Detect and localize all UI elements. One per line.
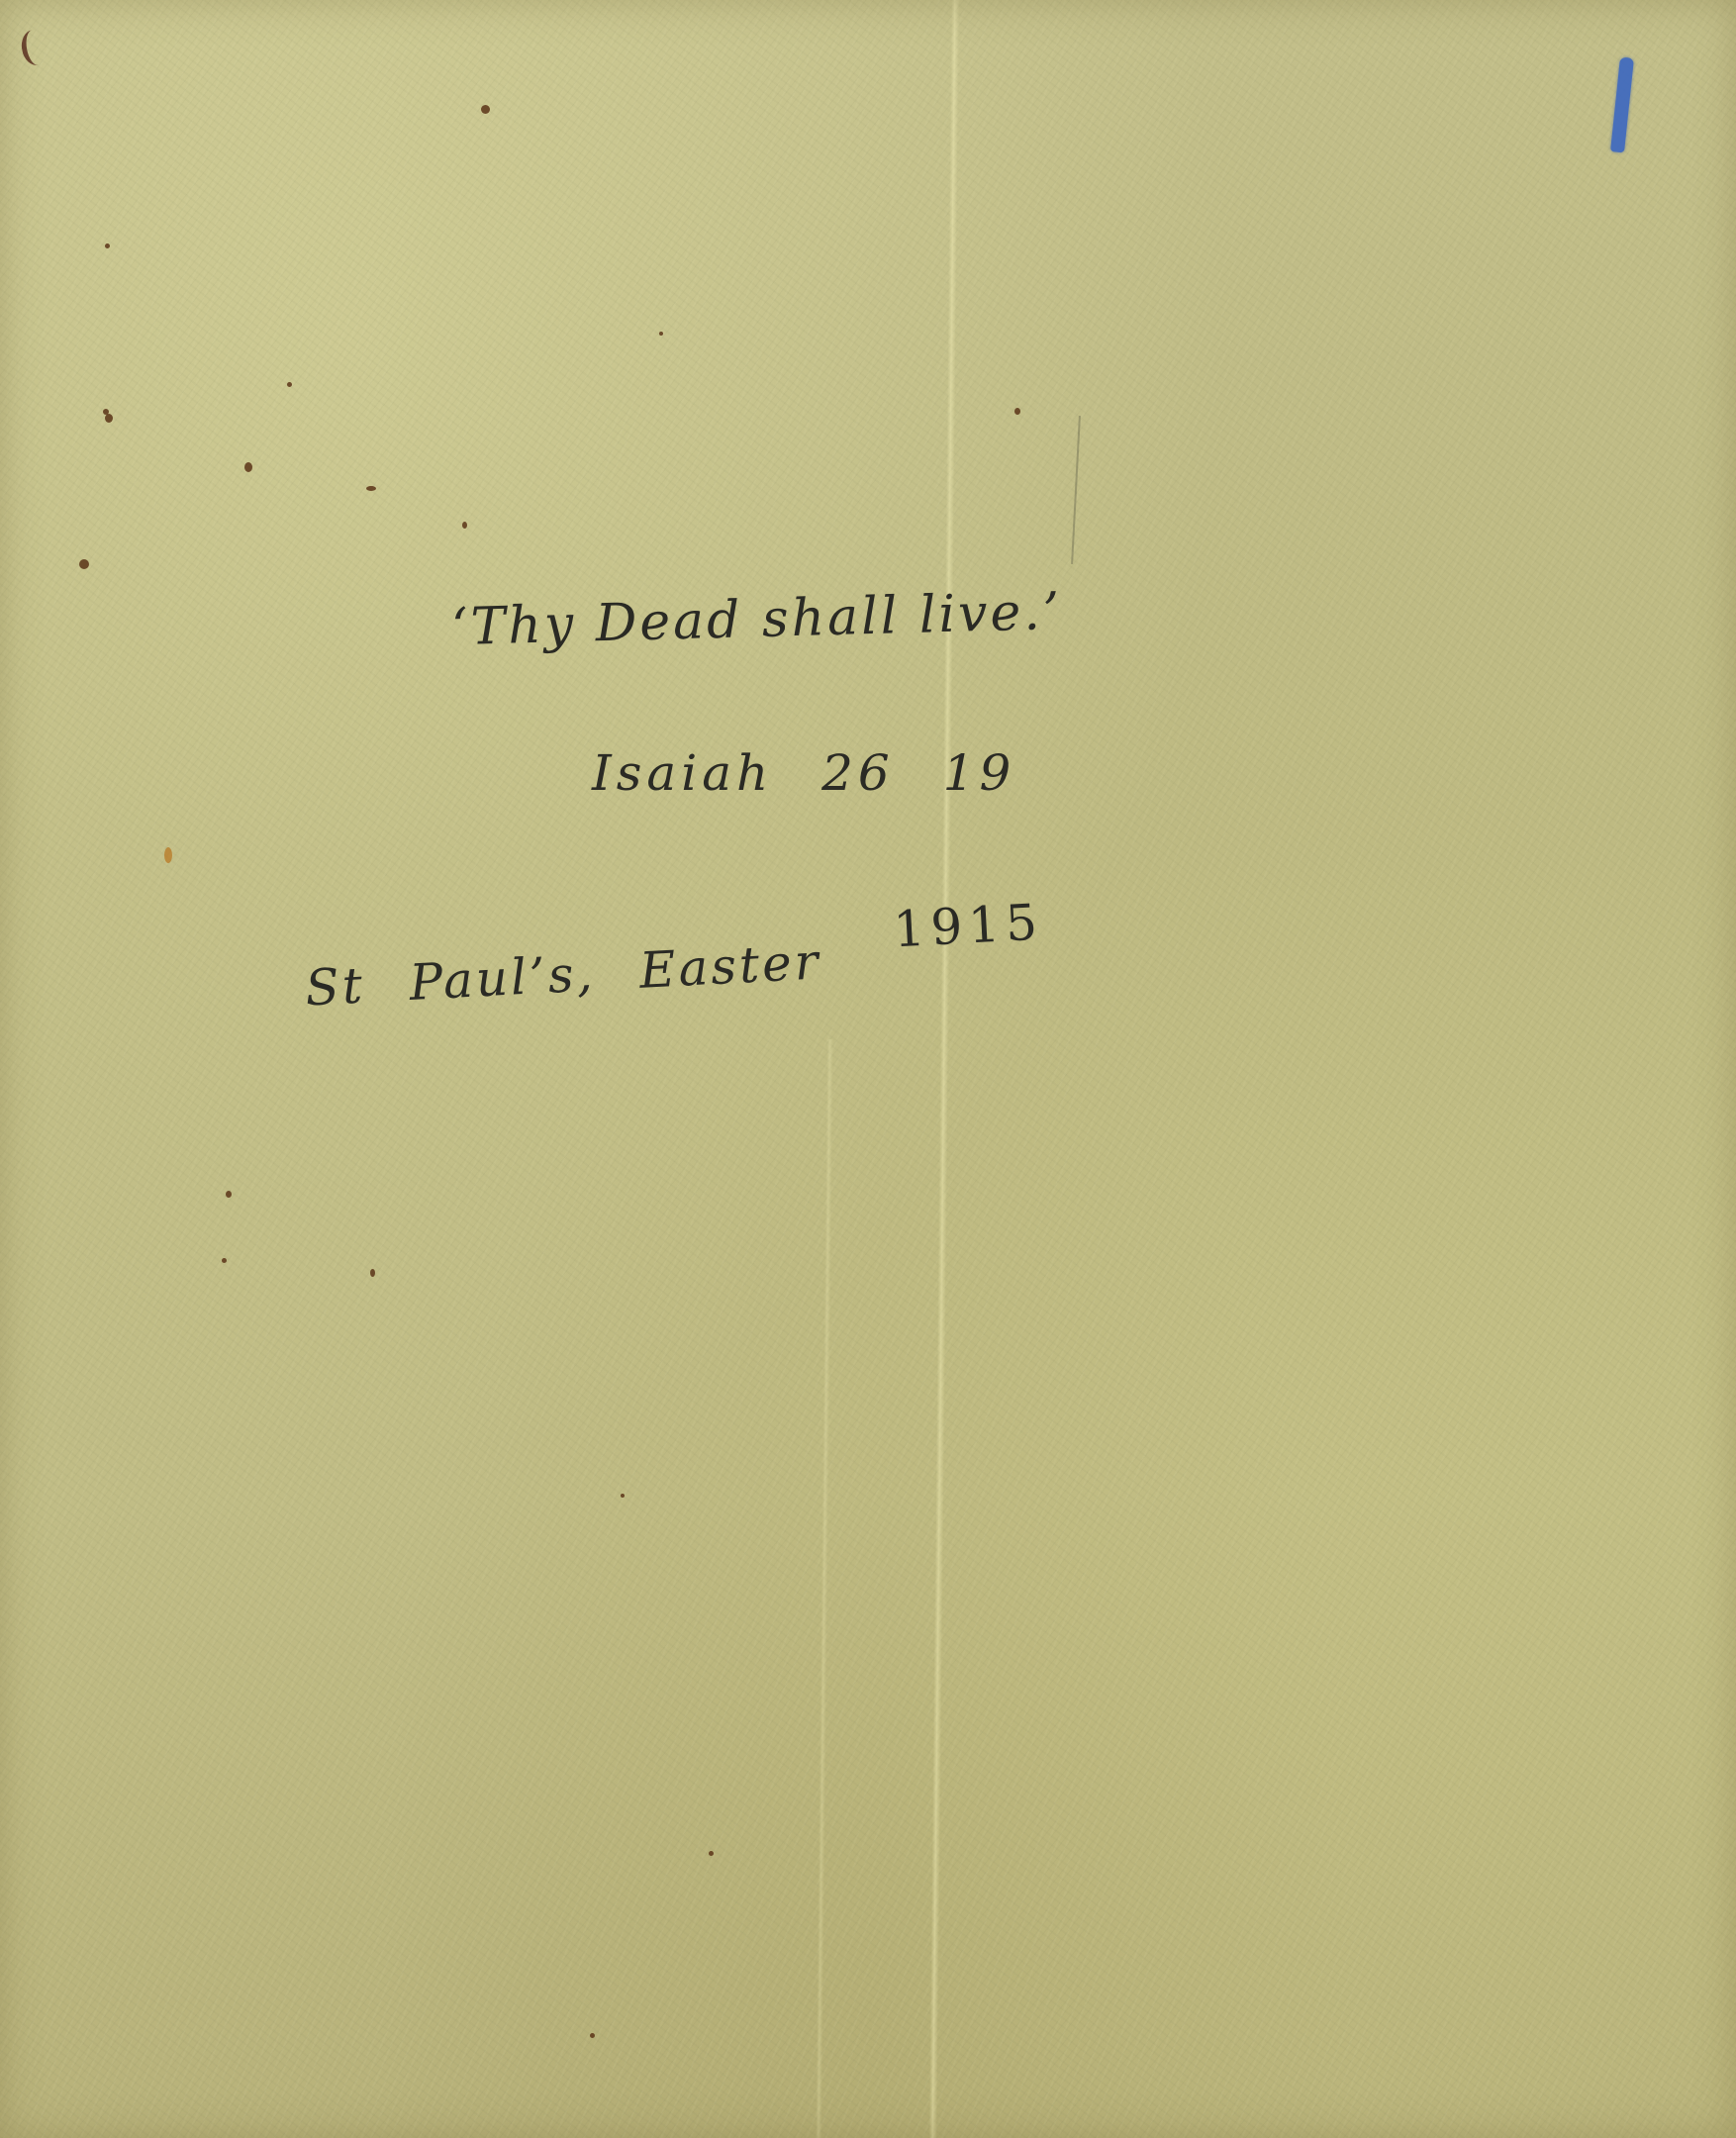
page-number-mark: 1: [1610, 57, 1634, 153]
foxing-spot: [105, 243, 110, 248]
scripture-reference: Isaiah 26 19: [592, 744, 1015, 802]
foxing-spot: [1014, 408, 1020, 415]
foxing-spot: [462, 522, 467, 529]
fold-crease-lower: [816, 1039, 833, 2138]
foxing-spot: [287, 382, 292, 387]
foxing-spot: [79, 559, 89, 569]
pencil-mark: [1071, 416, 1081, 564]
foxing-spot: [105, 414, 113, 423]
corner-stain: [19, 28, 51, 67]
foxing-spot: [709, 1851, 714, 1856]
foxing-spot: [481, 105, 490, 114]
foxing-spot: [226, 1191, 232, 1198]
rust-stain: [164, 847, 172, 863]
fold-crease: [929, 0, 960, 2138]
foxing-spot: [222, 1258, 227, 1263]
occasion: Easter: [638, 932, 822, 1000]
foxing-spot: [366, 486, 376, 491]
foxing-spot: [621, 1494, 625, 1498]
paper-texture: [0, 0, 1736, 2138]
place-date-line: St Paul’s, Easter 1915: [304, 921, 1046, 1017]
foxing-spot: [659, 332, 663, 336]
title-line: ‘Thy Dead shall live.’: [450, 582, 1063, 657]
foxing-spot: [370, 1269, 375, 1277]
document-page: 1 ‘Thy Dead shall live.’ Isaiah 26 19 St…: [0, 0, 1736, 2138]
foxing-spot: [590, 2033, 595, 2038]
year: 1915: [892, 894, 1044, 959]
edge-shading: [0, 0, 1736, 2138]
place: St Paul’s,: [304, 944, 597, 1017]
foxing-spot: [244, 462, 252, 472]
